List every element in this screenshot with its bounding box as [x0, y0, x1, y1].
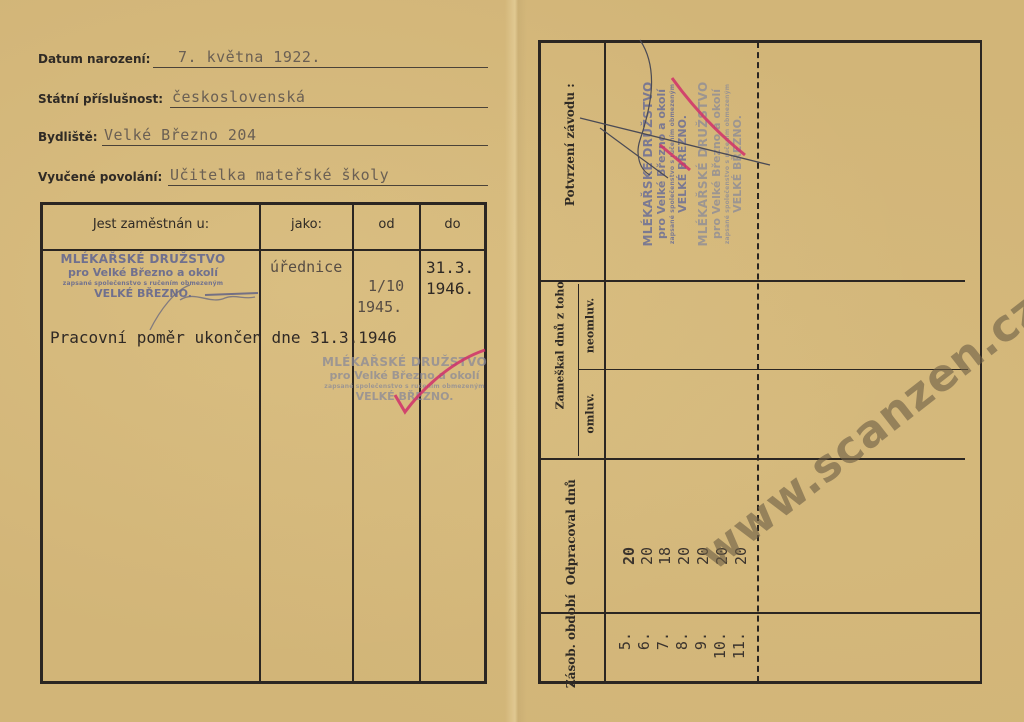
- label-missed-days: Zameškal dnů z toho: [554, 309, 569, 409]
- field-underline: [153, 67, 488, 68]
- column-divider: [259, 205, 261, 681]
- field-residence: Bydliště: Velké Březno 204: [38, 124, 488, 146]
- header-from: od: [354, 217, 419, 232]
- row-divider: [540, 612, 982, 614]
- stamp-line: MLÉKAŘSKÉ DRUŽSTVO: [696, 59, 710, 269]
- field-value: Učitelka mateřské školy: [170, 166, 389, 184]
- worked-days-value: 20: [675, 525, 693, 565]
- confirmation-stamp-faded: MLÉKAŘSKÉ DRUŽSTVO pro Velké Březno a ok…: [696, 59, 744, 269]
- field-label: Datum narození:: [38, 52, 150, 66]
- header-employer: Jest zaměstnán u:: [43, 217, 259, 232]
- second-stamp: MLÉKAŘSKÉ DRUŽSTVO pro Velké Březno a ok…: [312, 355, 497, 403]
- field-citizenship: Státní příslušnost: československá: [38, 86, 488, 108]
- dashed-divider: [757, 42, 759, 682]
- to-date-line2: 1946.: [426, 279, 474, 298]
- stamp-line: VELKÉ BŘEZNO.: [676, 59, 689, 269]
- column-divider: [604, 40, 606, 684]
- supply-period-value: 5.: [616, 632, 634, 682]
- confirmation-stamp: MLÉKAŘSKÉ DRUŽSTVO pro Velké Březno a ok…: [641, 59, 689, 269]
- row-divider: [540, 458, 965, 460]
- stamp-line: VELKÉ BŘEZNO.: [731, 59, 744, 269]
- field-value: 7. května 1922.: [178, 48, 321, 66]
- field-profession: Vyučené povolání: Učitelka mateřské škol…: [38, 164, 488, 186]
- worked-days-value: 20: [638, 525, 656, 565]
- stamp-line: zapsané společenstvo s ručením obmezeným: [724, 59, 731, 269]
- stamp-line: zapsané společenstvo s ručením obmezeným: [669, 59, 676, 269]
- worked-days-value: 18: [656, 525, 674, 565]
- column-divider: [419, 205, 421, 681]
- label-supply-period: Zásob. období: [563, 608, 579, 688]
- stamp-line: pro Velké Březno a okolí: [655, 59, 668, 269]
- header-to: do: [421, 217, 484, 232]
- header-position: jako:: [261, 217, 352, 232]
- stamp-line: zapsané společenstvo s ručením obmezeným: [312, 383, 497, 390]
- column-divider: [352, 205, 354, 681]
- label-excused: omluv.: [584, 383, 599, 443]
- field-underline: [170, 107, 488, 108]
- stamp-line: pro Velké Březno a okolí: [710, 59, 723, 269]
- page-fold: [505, 0, 527, 722]
- field-birth-date: Datum narození: 7. května 1922.: [38, 46, 488, 68]
- field-value: Velké Březno 204: [104, 126, 257, 144]
- row-divider: [540, 280, 965, 282]
- from-date-line2: 1945.: [357, 298, 402, 316]
- position-value: úřednice: [270, 258, 342, 276]
- worked-days-value: 20: [620, 525, 638, 565]
- termination-note: Pracovní poměr ukončen dne 31.3.1946: [50, 328, 397, 347]
- field-underline: [168, 185, 488, 186]
- employer-stamp: MLÉKAŘSKÉ DRUŽSTVO pro Velké Březno a ok…: [48, 252, 238, 300]
- label-worked-days: Odpracoval dnů: [563, 485, 579, 585]
- field-underline: [102, 145, 488, 146]
- supply-period-value: 8.: [673, 632, 691, 682]
- field-value: československá: [172, 88, 305, 106]
- field-label: Státní příslušnost:: [38, 92, 163, 106]
- header-divider: [43, 249, 484, 251]
- supply-period-value: 10.: [711, 632, 729, 682]
- supply-period-value: 7.: [654, 632, 672, 682]
- supply-period-value: 9.: [692, 632, 710, 682]
- stamp-line: pro Velké Březno a okolí: [48, 266, 238, 279]
- from-date-line1: 1/10: [368, 277, 404, 295]
- label-confirmation: Potvrzení závodu :: [562, 106, 578, 206]
- stamp-line: zapsané společenstvo s ručením obmezeným: [48, 280, 238, 287]
- field-label: Bydliště:: [38, 130, 98, 144]
- to-date-line1: 31.3.: [426, 258, 474, 277]
- stamp-line: MLÉKAŘSKÉ DRUŽSTVO: [641, 59, 655, 269]
- label-unexcused: neomluv.: [584, 295, 599, 355]
- stamp-line: MLÉKAŘSKÉ DRUŽSTVO: [48, 252, 238, 266]
- supply-period-value: 6.: [635, 632, 653, 682]
- supply-period-value: 11.: [730, 632, 748, 682]
- stamp-line: pro Velké Březno a okolí: [312, 369, 497, 382]
- stamp-line: MLÉKAŘSKÉ DRUŽSTVO: [312, 355, 497, 369]
- stamp-line: VELKÉ BŘEZNO.: [48, 287, 238, 300]
- field-label: Vyučené povolání:: [38, 170, 162, 184]
- stamp-line: VELKÉ BŘEZNO.: [312, 390, 497, 403]
- subcolumn-divider: [578, 284, 579, 456]
